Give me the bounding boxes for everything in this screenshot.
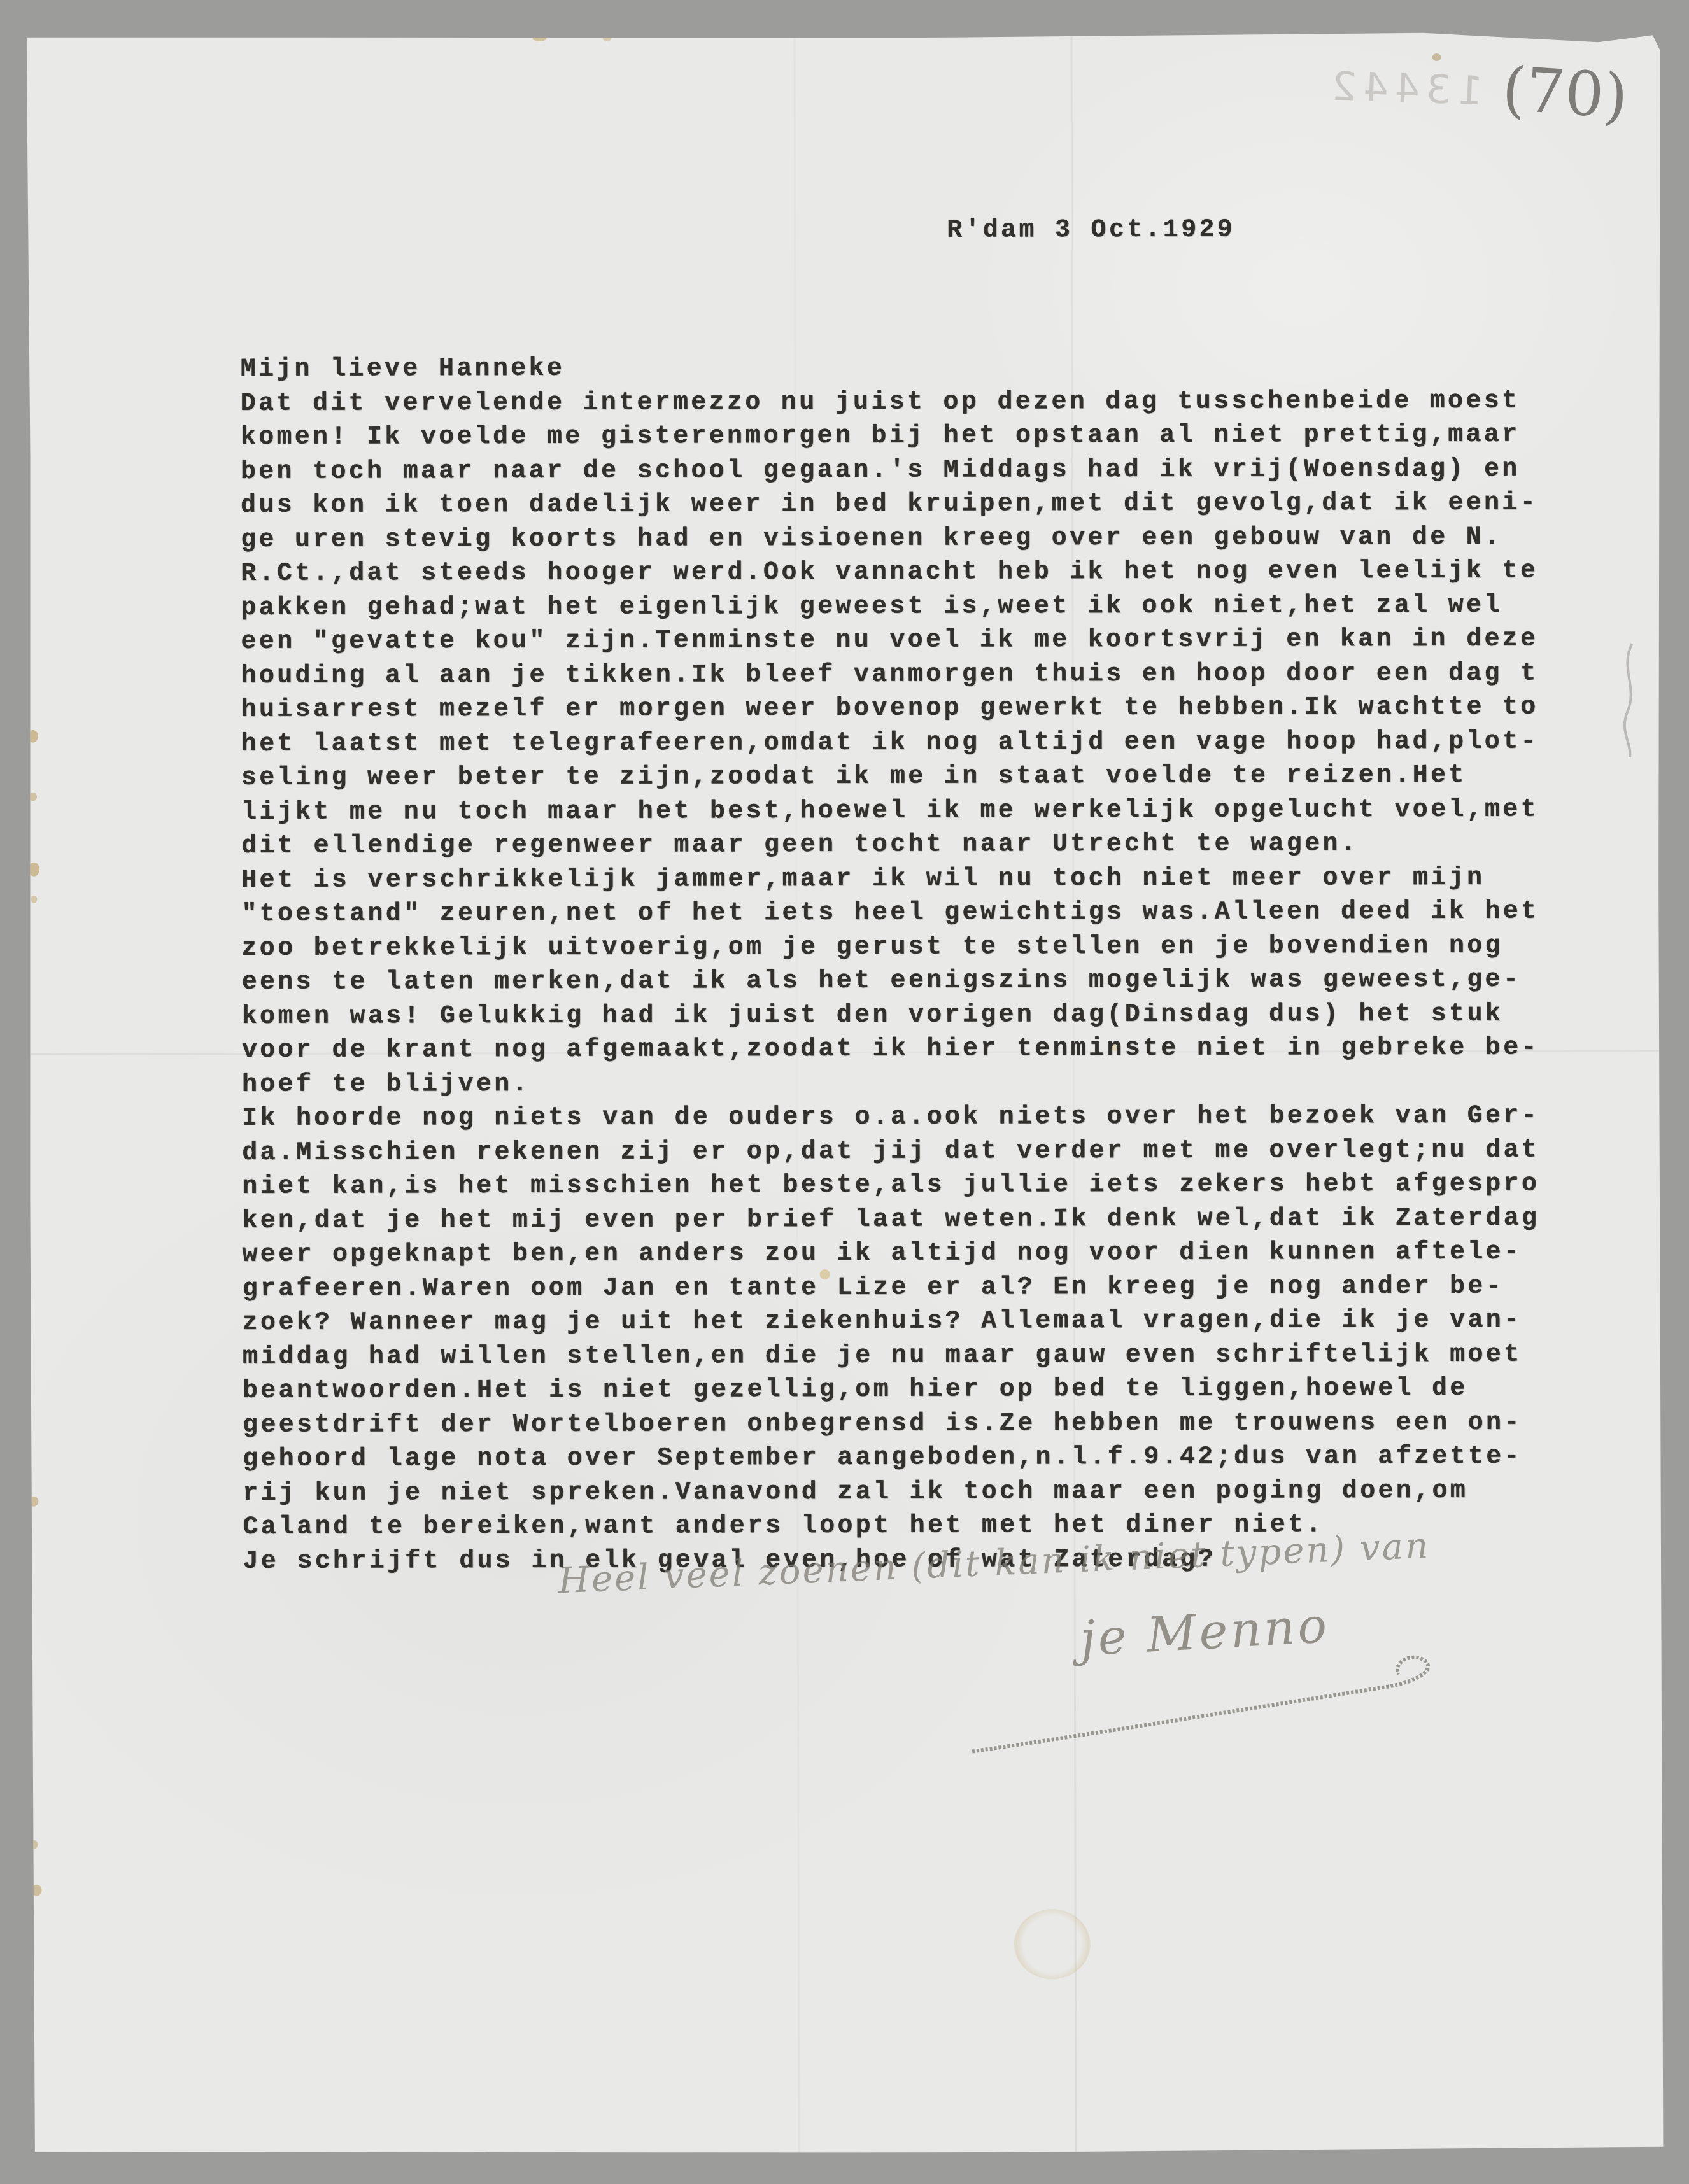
letter-line: da.Misschien rekenen zij er op,dat jij d… bbox=[242, 1133, 1539, 1170]
letter-line: niet kan,is het misschien het beste,als … bbox=[242, 1167, 1539, 1204]
letter-line: geestdrift der Wortelboeren onbegrensd i… bbox=[243, 1406, 1540, 1442]
letter-line: hoef te blijven. bbox=[242, 1065, 1539, 1102]
letter-line: grafeeren.Waren oom Jan en tante Lize er… bbox=[243, 1269, 1540, 1306]
letter-line: Dat dit vervelende intermezzo nu juist o… bbox=[241, 384, 1538, 421]
letter-line: ge uren stevig koorts had en visioenen k… bbox=[241, 520, 1538, 557]
stain-ring-bottom bbox=[1014, 1909, 1091, 1979]
letter-line: rij kun je niet spreken.Vanavond zal ik … bbox=[243, 1474, 1540, 1511]
letter-line: zoo betrekkelijk uitvoerig,om je gerust … bbox=[241, 929, 1539, 966]
stain-spot bbox=[29, 1497, 38, 1507]
signature-flourish-underline bbox=[972, 1658, 1429, 1752]
letter-line: middag had willen stellen,en die je nu m… bbox=[243, 1337, 1540, 1374]
letter-line: houding al aan je tikken.Ik bleef vanmor… bbox=[241, 656, 1539, 693]
letter-line: lijkt me nu toch maar het best,hoewel ik… bbox=[241, 793, 1539, 829]
letter-line: zoek? Wanneer mag je uit het ziekenhuis?… bbox=[243, 1304, 1540, 1341]
letter-line: beantwoorden.Het is niet gezellig,om hie… bbox=[243, 1372, 1540, 1409]
letter-line: seling weer beter te zijn,zoodat ik me i… bbox=[241, 759, 1539, 796]
letter-line: R.Ct.,dat steeds hooger werd.Ook vannach… bbox=[241, 554, 1538, 591]
stain-spot bbox=[533, 35, 547, 41]
letter-line: dus kon ik toen dadelijk weer in bed kru… bbox=[241, 486, 1538, 523]
letter-line: "toestand" zeuren,net of het iets heel g… bbox=[241, 895, 1539, 932]
letter-date: R'dam 3 Oct.1929 bbox=[947, 216, 1235, 245]
stain-spot bbox=[32, 1885, 42, 1896]
letter-line: voor de krant nog afgemaakt,zoodat ik hi… bbox=[242, 1031, 1539, 1068]
scan-mat-background: R'dam 3 Oct.1929 Mijn lieve HannekeDat d… bbox=[0, 0, 1689, 2184]
stain-spot bbox=[30, 1840, 38, 1849]
letter-paper-sheet: R'dam 3 Oct.1929 Mijn lieve HannekeDat d… bbox=[27, 31, 1665, 2154]
stain-spot bbox=[603, 36, 612, 41]
letter-line: eens te laten merken,dat ik als het eeni… bbox=[242, 963, 1539, 1000]
letter-line: weer opgeknapt ben,en anders zou ik alti… bbox=[242, 1236, 1539, 1272]
letter-line: pakken gehad;wat het eigenlijk geweest i… bbox=[241, 588, 1538, 625]
pencil-page-number: (70) bbox=[1500, 53, 1630, 132]
letter-line: komen! Ik voelde me gisterenmorgen bij h… bbox=[241, 418, 1538, 455]
letter-line: een "gevatte kou" zijn.Tenminste nu voel… bbox=[241, 623, 1538, 659]
stain-spot bbox=[1432, 53, 1441, 61]
letter-line: komen was! Gelukkig had ik juist den vor… bbox=[242, 997, 1539, 1034]
letter-line: het laatst met telegrafeeren,omdat ik no… bbox=[241, 724, 1539, 761]
letter-line: dit ellendige regenweer maar geen tocht … bbox=[241, 827, 1539, 864]
stain-spot bbox=[29, 793, 37, 801]
letter-line: Ik hoorde nog niets van de ouders o.a.oo… bbox=[242, 1099, 1539, 1136]
letter-line: gehoord lage nota over September aangebo… bbox=[243, 1440, 1540, 1477]
letter-body: Mijn lieve HannekeDat dit vervelende int… bbox=[241, 350, 1541, 1579]
letter-line: Het is verschrikkelijk jammer,maar ik wi… bbox=[241, 861, 1539, 898]
letter-line: huisarrest mezelf er morgen weer bovenop… bbox=[241, 691, 1539, 728]
letter-line: Mijn lieve Hanneke bbox=[241, 350, 1538, 387]
stain-spot bbox=[31, 896, 37, 903]
stain-spot bbox=[28, 863, 39, 877]
letter-line: ken,dat je het mij even per brief laat w… bbox=[242, 1201, 1539, 1238]
letter-line: ben toch maar naar de school gegaan.'s M… bbox=[241, 452, 1538, 489]
handwritten-signature: je Menno bbox=[1079, 1596, 1331, 1666]
bleed-through-number: 13442 bbox=[1325, 62, 1483, 114]
stain-spot bbox=[28, 730, 38, 743]
margin-pencil-squiggle bbox=[1625, 644, 1632, 757]
